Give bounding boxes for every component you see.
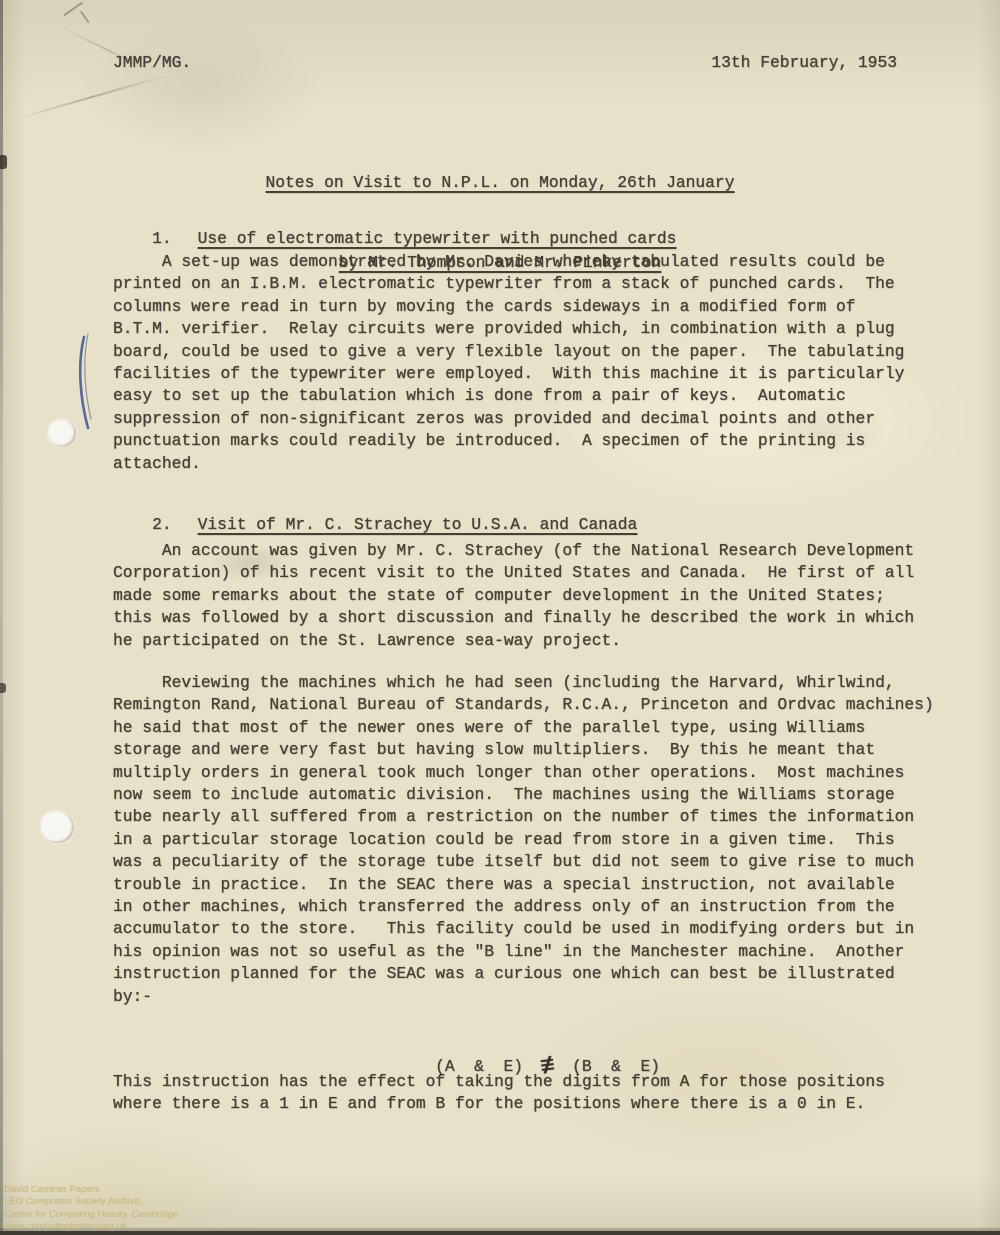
pencil-mark	[64, 2, 83, 16]
paper-crease	[15, 74, 169, 120]
title-line-1: Notes on Visit to N.P.L. on Monday, 26th…	[266, 173, 735, 192]
watermark-line-3: Centre for Computing History, Cambridge	[4, 1209, 178, 1221]
document-page: JMMP/MG. 13th February, 1953 Notes on Vi…	[0, 0, 1000, 1235]
punch-hole-bottom	[41, 811, 74, 843]
punch-hole-top	[48, 419, 76, 447]
section-2-paragraph-1: An account was given by Mr. C. Strachey …	[113, 540, 914, 652]
scan-artifact-mark	[0, 683, 6, 693]
watermark-line-2: LEO Computers Society Archive,	[4, 1196, 178, 1208]
section-1-number: 1.	[152, 229, 172, 248]
section-2-paragraph-2: Reviewing the machines which he had seen…	[113, 672, 934, 1008]
document-date: 13th February, 1953	[711, 52, 897, 74]
watermark-line-4: www.computinghistory.org.uk	[4, 1221, 178, 1233]
reference-code: JMMP/MG.	[113, 52, 191, 74]
section-2-number: 2.	[152, 515, 172, 534]
pen-margin-mark	[74, 329, 100, 435]
document-header: JMMP/MG. 13th February, 1953	[113, 52, 897, 74]
section-1-paragraph-1: A set-up was demonstrated by Mr. Davies …	[113, 251, 904, 475]
closing-paragraph: This instruction has the effect of takin…	[113, 1071, 885, 1116]
watermark-line-1: David Caminer Papers	[4, 1184, 178, 1196]
section-2-title: Visit of Mr. C. Strachey to U.S.A. and C…	[198, 515, 638, 534]
archive-watermark: David Caminer Papers LEO Computers Socie…	[4, 1184, 178, 1234]
section-1-title: Use of electromatic typewriter with punc…	[198, 229, 677, 248]
pencil-mark	[80, 11, 89, 23]
